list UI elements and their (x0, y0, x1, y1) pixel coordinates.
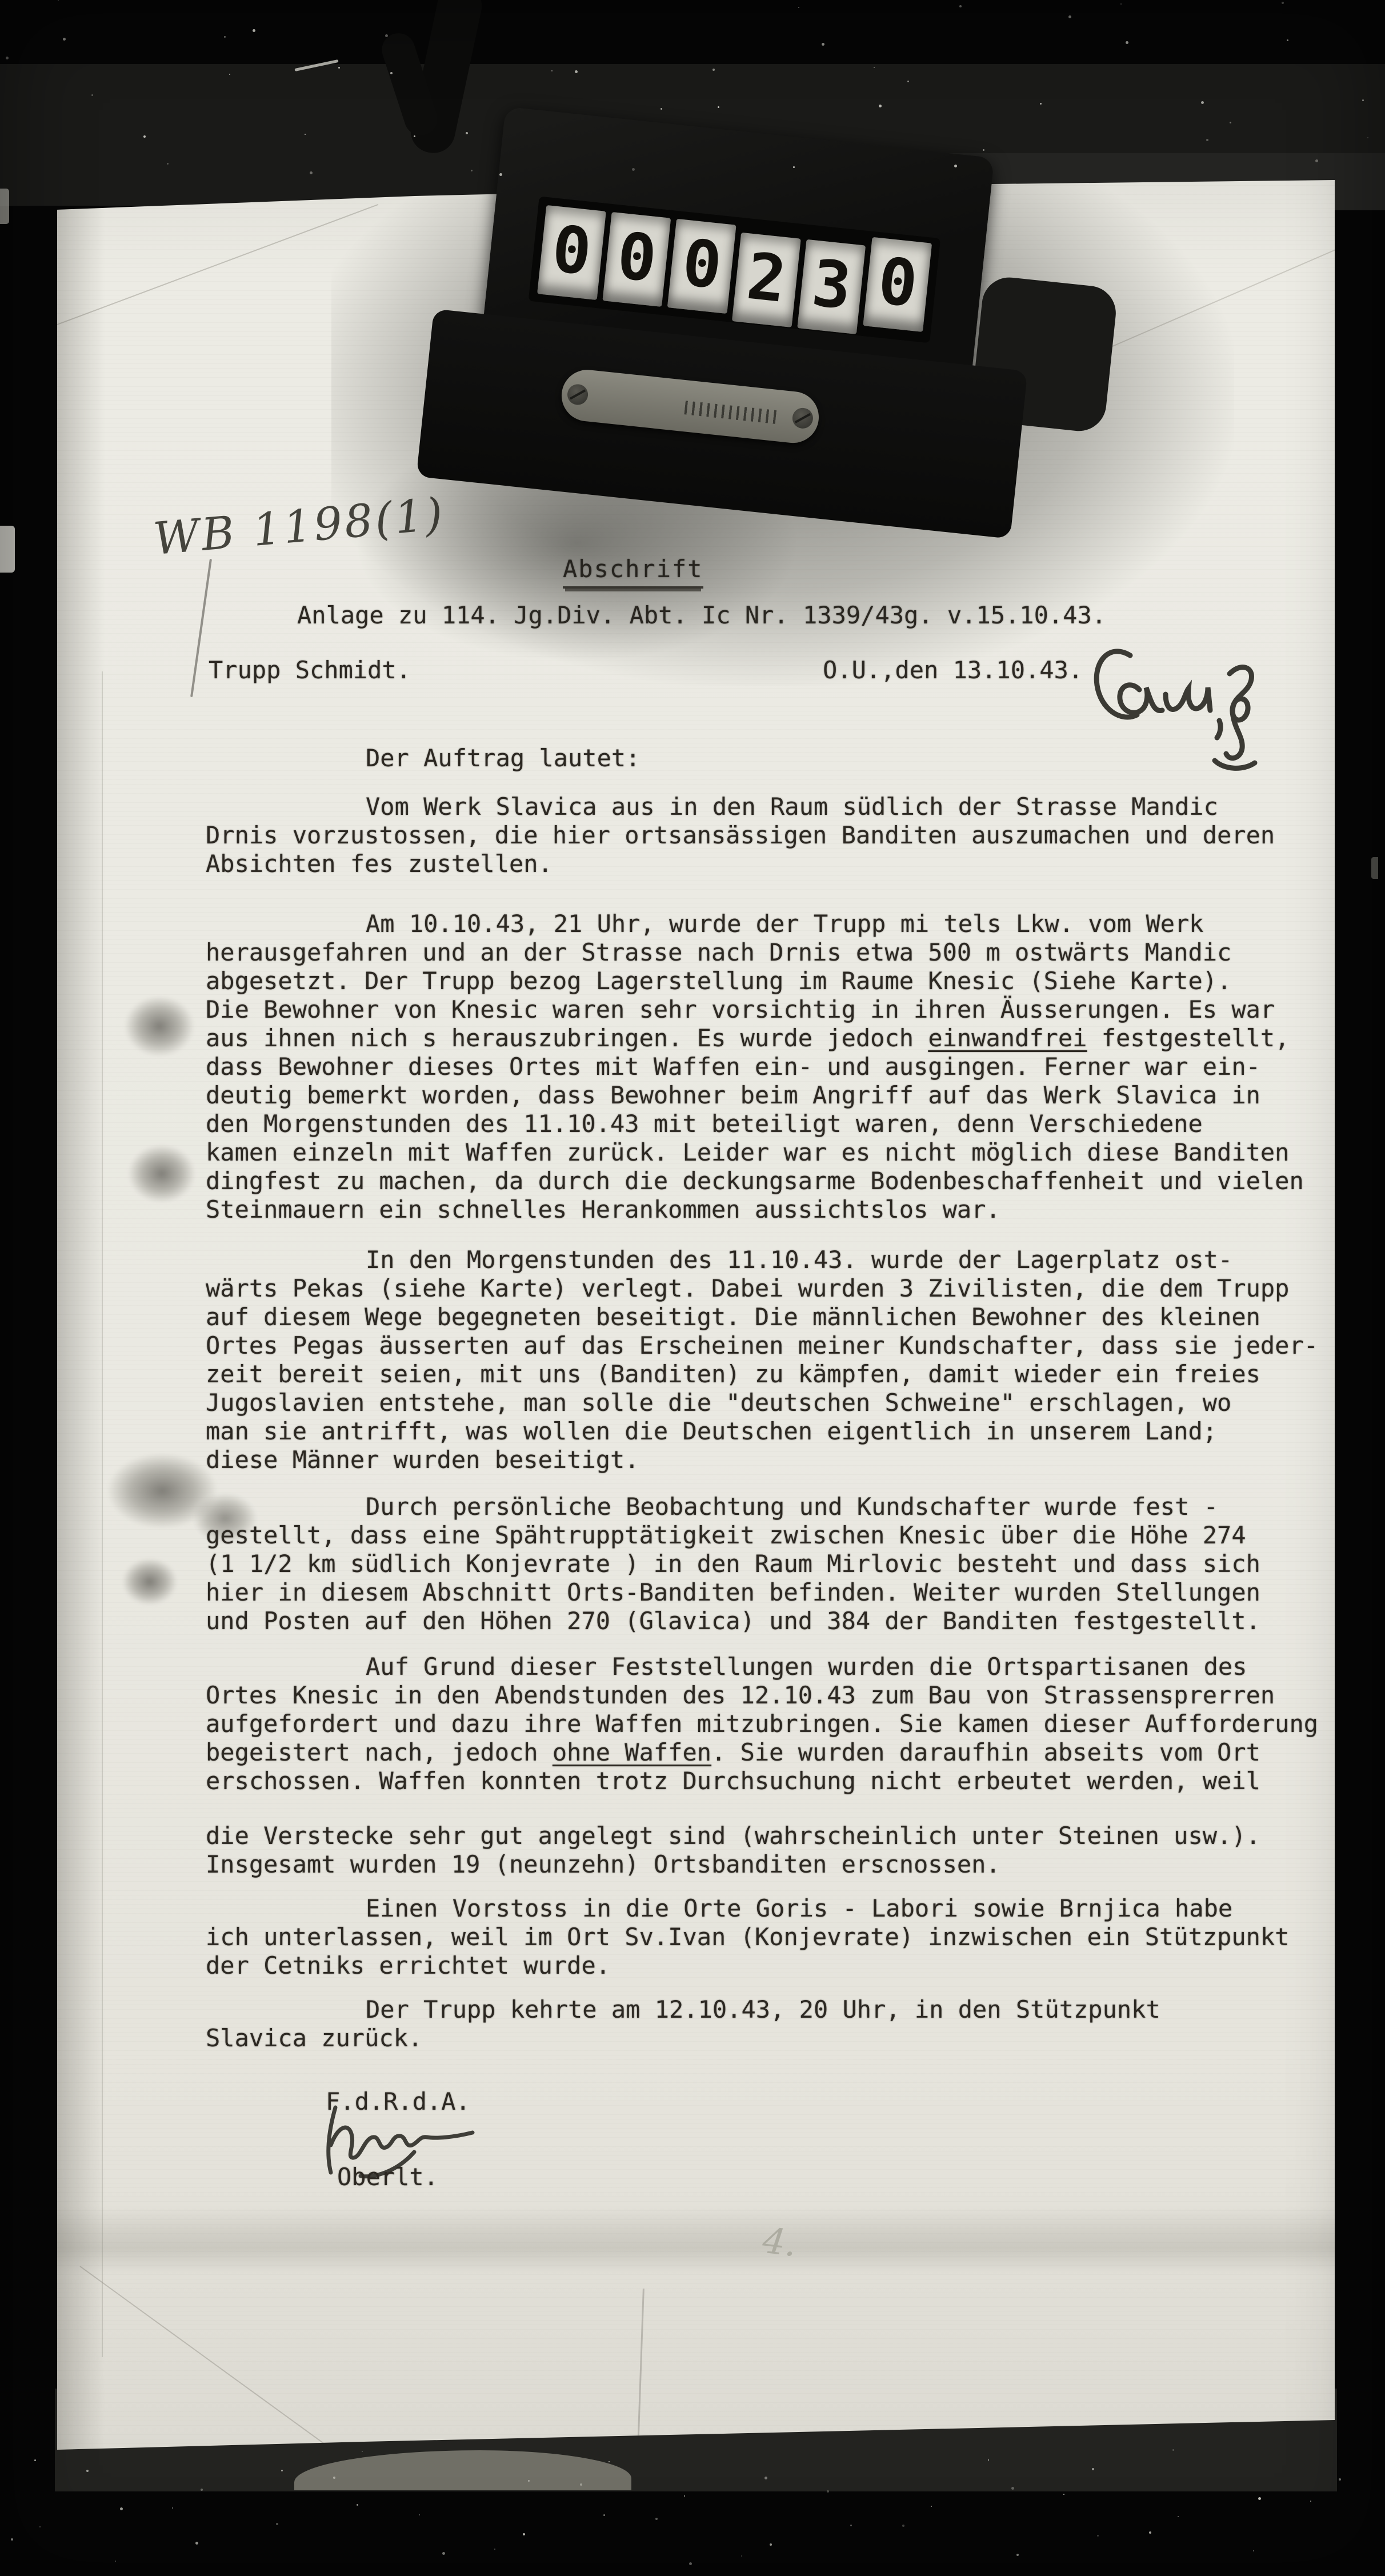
dust-speck (827, 2490, 829, 2493)
dust-speck (931, 2506, 932, 2507)
dust-speck (580, 2483, 582, 2486)
dust-speck (120, 2507, 123, 2510)
dust-speck (1310, 2501, 1311, 2502)
dust-speck (528, 2480, 530, 2482)
dust-speck (143, 135, 146, 138)
dust-speck (1016, 2554, 1019, 2556)
plate-etching (684, 401, 776, 424)
dust-speck (1287, 39, 1288, 41)
dust-speck (609, 2461, 610, 2462)
dust-speck (879, 105, 882, 107)
text-line: Am 10.10.43, 21 Uhr, wurde der Trupp mi … (206, 910, 1346, 938)
dust-speck (1282, 2, 1284, 4)
text-line: ich unterlassen, weil im Ort Sv.Ivan (Ko… (206, 1923, 1346, 1951)
dust-speck (1258, 2497, 1261, 2500)
text-line: wärts Pekas (siehe Karte) verlegt. Dabei… (206, 1274, 1346, 1303)
dust-speck (661, 108, 662, 110)
dust-speck (1063, 2494, 1064, 2495)
dust-speck (115, 2561, 116, 2562)
dust-speck (689, 2562, 692, 2565)
counter-digit-window: 000230 (529, 197, 940, 343)
dust-speck (91, 94, 93, 96)
page-edge-shade (57, 180, 105, 2453)
dust-speck (34, 2459, 36, 2461)
dust-speck (1120, 3, 1122, 5)
dust-speck (959, 5, 962, 7)
dust-speck (632, 168, 635, 171)
dust-speck (1172, 2449, 1174, 2451)
dust-speck (390, 72, 393, 74)
dust-speck (684, 2495, 685, 2497)
dust-speck (741, 2555, 742, 2557)
dust-speck (385, 34, 388, 37)
dust-speck (201, 2489, 203, 2491)
pencil-page-number: 4. (760, 2219, 799, 2265)
film-edge-mark (1371, 857, 1378, 879)
text-line: Der Auftrag lautet: (206, 744, 1346, 773)
dust-speck (575, 70, 578, 73)
counter-plate (559, 367, 821, 446)
counter-digit: 0 (863, 237, 932, 332)
text-line: diese Männer wurden beseitigt. (206, 1446, 1346, 1474)
counter-digit: 2 (732, 233, 800, 327)
text-line: abgesetzt. Der Trupp bezog Lagerstellung… (206, 967, 1346, 995)
text-line: begeistert nach, jedoch ohne Waffen. Sie… (206, 1738, 1346, 1767)
dust-speck (874, 67, 875, 68)
dust-speck (1253, 2550, 1254, 2551)
dust-speck (655, 2518, 658, 2520)
dust-speck (1011, 2487, 1014, 2490)
dust-speck (988, 2459, 989, 2461)
dust-speck (172, 2507, 173, 2509)
paragraph-auftrag: Vom Werk Slavica aus in den Raum südlich… (206, 793, 1346, 878)
dust-speck (195, 2542, 198, 2545)
text-line: der Cetniks errichtet wurde. (206, 1951, 1346, 1980)
dust-speck (798, 7, 799, 8)
dust-speck (58, 0, 59, 1)
text-line: Steinmauern ein schnelles Herankommen au… (206, 1195, 1346, 1224)
text-line: aus ihnen nich s herauszubringen. Es wur… (206, 1024, 1346, 1053)
dust-speck (419, 2514, 420, 2515)
dust-speck (11, 2538, 13, 2541)
text-line: und Posten auf den Höhen 270 (Glavica) u… (206, 1607, 1346, 1635)
text-line: Slavica zurück. (206, 2024, 1346, 2053)
dust-speck (276, 2523, 278, 2525)
counter-digit: 0 (667, 219, 736, 314)
dust-speck (1040, 103, 1042, 105)
text-line: kamen einzeln mit Waffen zurück. Leider … (206, 1138, 1346, 1167)
dust-speck (167, 163, 169, 165)
rank-line: Oberlt. (337, 2163, 438, 2191)
paper-fold-line (102, 671, 103, 2357)
dust-speck (1339, 2478, 1341, 2481)
text-line: erschossen. Waffen konnten trotz Durchsu… (206, 1767, 1346, 1795)
ink-smudge (125, 996, 194, 1057)
text-line: man sie antrifft, was wollen die Deutsch… (206, 1417, 1346, 1446)
paragraph-vorstoss: Einen Vorstoss in die Orte Goris - Labor… (206, 1894, 1346, 1980)
dust-speck (253, 29, 255, 32)
dust-speck (310, 171, 313, 174)
ink-smudge (128, 1145, 195, 1203)
paragraph-rueckkehr: Der Trupp kehrte am 12.10.43, 20 Uhr, in… (206, 1995, 1346, 2053)
dust-speck (822, 43, 824, 46)
dust-speck (86, 2470, 89, 2472)
dust-speck (281, 2470, 283, 2471)
screw-icon (566, 383, 589, 406)
text-line: Vom Werk Slavica aus in den Raum südlich… (206, 793, 1346, 821)
dust-speck (770, 2543, 772, 2546)
dust-speck (718, 106, 719, 108)
dust-speck (1206, 139, 1208, 141)
dust-speck (229, 74, 230, 75)
ink-smudge (122, 1558, 177, 1605)
text-line: herausgefahren und an der Strasse nach D… (206, 938, 1346, 967)
film-edge-mark (0, 189, 9, 224)
counter-digit: 0 (537, 205, 606, 300)
dust-speck (338, 67, 340, 69)
text-line: Jugoslavien entstehe, man solle die "deu… (206, 1389, 1346, 1417)
dust-speck (902, 2525, 904, 2527)
text-line: Absichten fes zustellen. (206, 850, 1346, 878)
dust-speck (471, 170, 473, 171)
text-line: zeit bereit seien, mit uns (Banditen) zu… (206, 1360, 1346, 1389)
paragraph-feststellungen: Auf Grund dieser Feststellungen wurden d… (206, 1653, 1346, 1795)
dust-speck (494, 2549, 495, 2550)
paragraph-morgenstunden-11-10: In den Morgenstunden des 11.10.43. wurde… (206, 1246, 1346, 1474)
dust-speck (551, 70, 553, 71)
paragraph-auftrag-heading: Der Auftrag lautet: (206, 744, 1346, 773)
paper-crease (57, 2206, 1335, 2274)
dust-speck (442, 2552, 445, 2555)
dust-speck (1362, 99, 1364, 101)
text-line: Einen Vorstoss in die Orte Goris - Labor… (206, 1894, 1346, 1923)
dust-speck (1068, 15, 1071, 18)
paragraph-einsatz-10-10: Am 10.10.43, 21 Uhr, wurde der Trupp mi … (206, 910, 1346, 1224)
paragraph-beobachtung: Durch persönliche Beobachtung und Kundsc… (206, 1493, 1346, 1635)
dust-speck (1149, 2531, 1151, 2534)
text-line: Ortes Pegas äusserten auf das Erscheinen… (206, 1331, 1346, 1360)
dust-speck (224, 36, 226, 38)
text-line: In den Morgenstunden des 11.10.43. wurde… (206, 1246, 1346, 1274)
text-line: Auf Grund dieser Feststellungen wurden d… (206, 1653, 1346, 1681)
dust-speck (907, 81, 909, 82)
dust-speck (1367, 137, 1368, 138)
dust-speck (850, 2525, 852, 2526)
dust-speck (712, 69, 715, 71)
counter-digit: 3 (797, 239, 866, 334)
dust-speck (793, 166, 795, 168)
screw-icon (791, 407, 814, 430)
text-line: deutig bemerkt worden, dass Bewohner bei… (206, 1081, 1346, 1110)
text-line: dingfest zu machen, da durch die deckung… (206, 1167, 1346, 1195)
dust-speck (305, 134, 306, 135)
text-line: Die Bewohner von Knesic waren sehr vorsi… (206, 995, 1346, 1024)
dust-speck (1230, 122, 1231, 123)
text-line: Drnis vorzustossen, die hier ortsansässi… (206, 821, 1346, 850)
text-line: (1 1/2 km südlich Konjevrate ) in den Ra… (206, 1550, 1346, 1578)
dust-speck (523, 2533, 525, 2535)
dust-speck (1315, 159, 1318, 162)
text-line: hier in diesem Abschnitt Orts-Banditen b… (206, 1578, 1346, 1607)
paragraph-verstecke: die Verstecke sehr gut angelegt sind (wa… (206, 1822, 1346, 1879)
dust-speck (499, 173, 502, 176)
dust-speck (39, 2526, 41, 2527)
film-edge-mark (0, 526, 15, 573)
text-line: den Morgenstunden des 11.10.43 mit betei… (206, 1110, 1346, 1138)
text-line: dass Bewohner dieses Ortes mit Waffen ei… (206, 1053, 1346, 1081)
dust-speck (1178, 2516, 1179, 2517)
dust-speck (63, 38, 66, 41)
text-line: auf diesem Wege begegneten beseitigt. Di… (206, 1303, 1346, 1331)
dust-speck (983, 149, 984, 151)
tally-counter: 000230 (381, 69, 1139, 554)
dust-speck (362, 2451, 363, 2452)
dust-speck (6, 57, 9, 59)
dust-speck (333, 2477, 335, 2479)
dust-speck (414, 135, 415, 137)
text-line: die Verstecke sehr gut angelegt sind (wa… (206, 1822, 1346, 1850)
dust-speck (1092, 2468, 1094, 2470)
dust-speck (466, 132, 468, 134)
counter-digit: 0 (602, 212, 671, 307)
text-line: aufgefordert und dazu ihre Waffen mitzub… (206, 1710, 1346, 1738)
text-line: Ortes Knesic in den Abendstunden des 12.… (206, 1681, 1346, 1710)
dust-speck (603, 2514, 605, 2516)
photo-stage: WB 1198(1) Abschrift Anlage zu 114. Jg.D… (0, 0, 1385, 2576)
text-line: Insgesamt wurden 19 (neunzehn) Ortsbandi… (206, 1850, 1346, 1879)
text-line: Durch persönliche Beobachtung und Kundsc… (206, 1493, 1346, 1521)
dust-speck (1097, 2535, 1099, 2537)
dust-speck (1126, 41, 1128, 44)
dust-speck (764, 2477, 767, 2479)
dust-speck (1201, 101, 1204, 104)
text-line: Der Trupp kehrte am 12.10.43, 20 Uhr, in… (206, 1995, 1346, 2024)
dust-speck (954, 165, 957, 167)
dust-speck (357, 2504, 358, 2506)
text-line: gestellt, dass eine Spähtrupptätigkeit z… (206, 1521, 1346, 1550)
